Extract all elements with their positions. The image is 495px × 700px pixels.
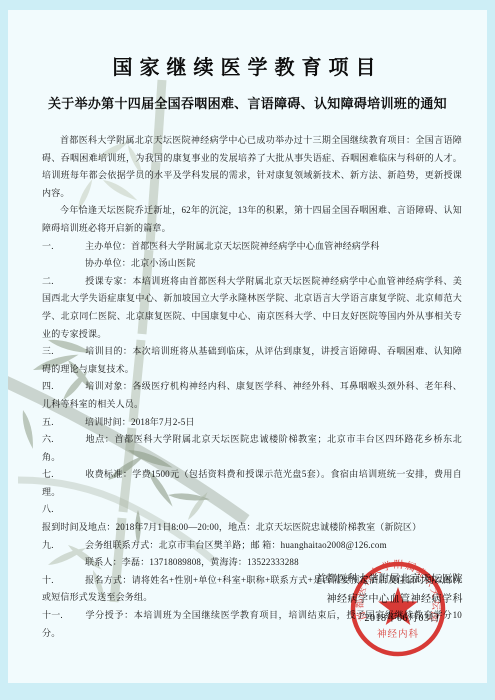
notice-item-4: 四.培训对象：各级医疗机构神经内科、康复医学科、神经外科、耳鼻咽喉头颈外科、老年… bbox=[42, 378, 462, 413]
seal-department-text: 神经内科 bbox=[377, 628, 419, 640]
intro-paragraph-1: 首都医科大学附属北京天坛医院神经病学中心已成功举办过十三期全国继续教育项目：全国… bbox=[42, 132, 462, 202]
item-number: 四. bbox=[42, 378, 85, 396]
screenshot-root: { "page": { "title": "国家继续医学教育项目", "subt… bbox=[0, 0, 495, 700]
official-seal: 首都医科大学附属北京天坛医院 神经内科 bbox=[348, 559, 448, 659]
notice-item-5: 五.培训时间：2018年7月2-5日 bbox=[42, 414, 462, 432]
item-text: 收费标准：学费1500元（包括资料费和授课示范光盘5套）。食宿由培训班统一安排，… bbox=[42, 469, 462, 497]
notice-item-1: 一.主办单位：首都医科大学附属北京天坛医院神经病学中心血管神经病学科 bbox=[42, 238, 462, 256]
page-title: 国家继续医学教育项目 bbox=[8, 56, 487, 80]
item-number: 五. bbox=[42, 414, 85, 432]
item-number: 二. bbox=[42, 273, 85, 291]
item-number: 三. bbox=[42, 343, 85, 361]
item-number: 一. bbox=[42, 238, 85, 256]
notice-item-9: 九.会务组联系方式：北京市丰台区樊羊路；邮 箱：huanghaitao2008@… bbox=[42, 537, 462, 555]
item-number: 七. bbox=[42, 466, 85, 484]
intro-paragraph-2: 今年恰逢天坛医院乔迁新址，62年的沉淀，13年的积累，第十四届全国吞咽困难、言语… bbox=[42, 202, 462, 237]
item-number: 六. bbox=[42, 431, 85, 449]
item-number: 十. bbox=[42, 572, 85, 590]
notice-item-2: 二.授课专家：本培训班将由首都医科大学附属北京天坛医院神经病学中心血管神经病学科… bbox=[42, 273, 462, 343]
page-subtitle: 关于举办第十四届全国吞咽困难、言语障碍、认知障碍培训班的通知 bbox=[14, 96, 481, 112]
notice-item-3: 三.培训目的：本次培训班将从基础到临床，从评估到康复，讲授言语障碍、吞咽困难、认… bbox=[42, 343, 462, 378]
document-page: 国家继续医学教育项目 关于举办第十四届全国吞咽困难、言语障碍、认知障碍培训班的通… bbox=[8, 10, 487, 683]
item-number: 八. bbox=[42, 501, 85, 519]
item-number: 九. bbox=[42, 537, 85, 555]
item-text: 报到时间及地点：2018年7月1日8:00—20:00，地点：北京天坛医院忠诚楼… bbox=[42, 522, 421, 532]
item-subline-coorganizer: 协办单位：北京小汤山医院 bbox=[42, 255, 462, 273]
notice-item-7: 七.收费标准：学费1500元（包括资料费和授课示范光盘5套）。食宿由培训班统一安… bbox=[42, 466, 462, 501]
item-number: 十一. bbox=[42, 607, 85, 625]
item-text: 主办单位：首都医科大学附属北京天坛医院神经病学中心血管神经病学科 bbox=[85, 241, 379, 251]
notice-item-8: 八.报到时间及地点：2018年7月1日8:00—20:00，地点：北京天坛医院忠… bbox=[42, 501, 462, 536]
item-text: 地点：首都医科大学附属北京天坛医院忠诚楼阶梯教室；北京市丰台区四环路花乡桥东北角… bbox=[42, 434, 462, 462]
seal-star-icon bbox=[378, 587, 418, 625]
notice-item-6: 六.地点：首都医科大学附属北京天坛医院忠诚楼阶梯教室；北京市丰台区四环路花乡桥东… bbox=[42, 431, 462, 466]
item-text: 培训对象：各级医疗机构神经内科、康复医学科、神经外科、耳鼻咽喉头颈外科、老年科、… bbox=[42, 381, 462, 409]
item-text: 授课专家：本培训班将由首都医科大学附属北京天坛医院神经病学中心血管神经病学科、美… bbox=[42, 276, 462, 339]
item-text: 会务组联系方式：北京市丰台区樊羊路；邮 箱：huanghaitao2008@12… bbox=[85, 540, 387, 550]
item-text: 培训目的：本次培训班将从基础到临床，从评估到康复，讲授言语障碍、吞咽困难、认知障… bbox=[42, 346, 462, 374]
item-text: 培训时间：2018年7月2-5日 bbox=[85, 417, 195, 427]
